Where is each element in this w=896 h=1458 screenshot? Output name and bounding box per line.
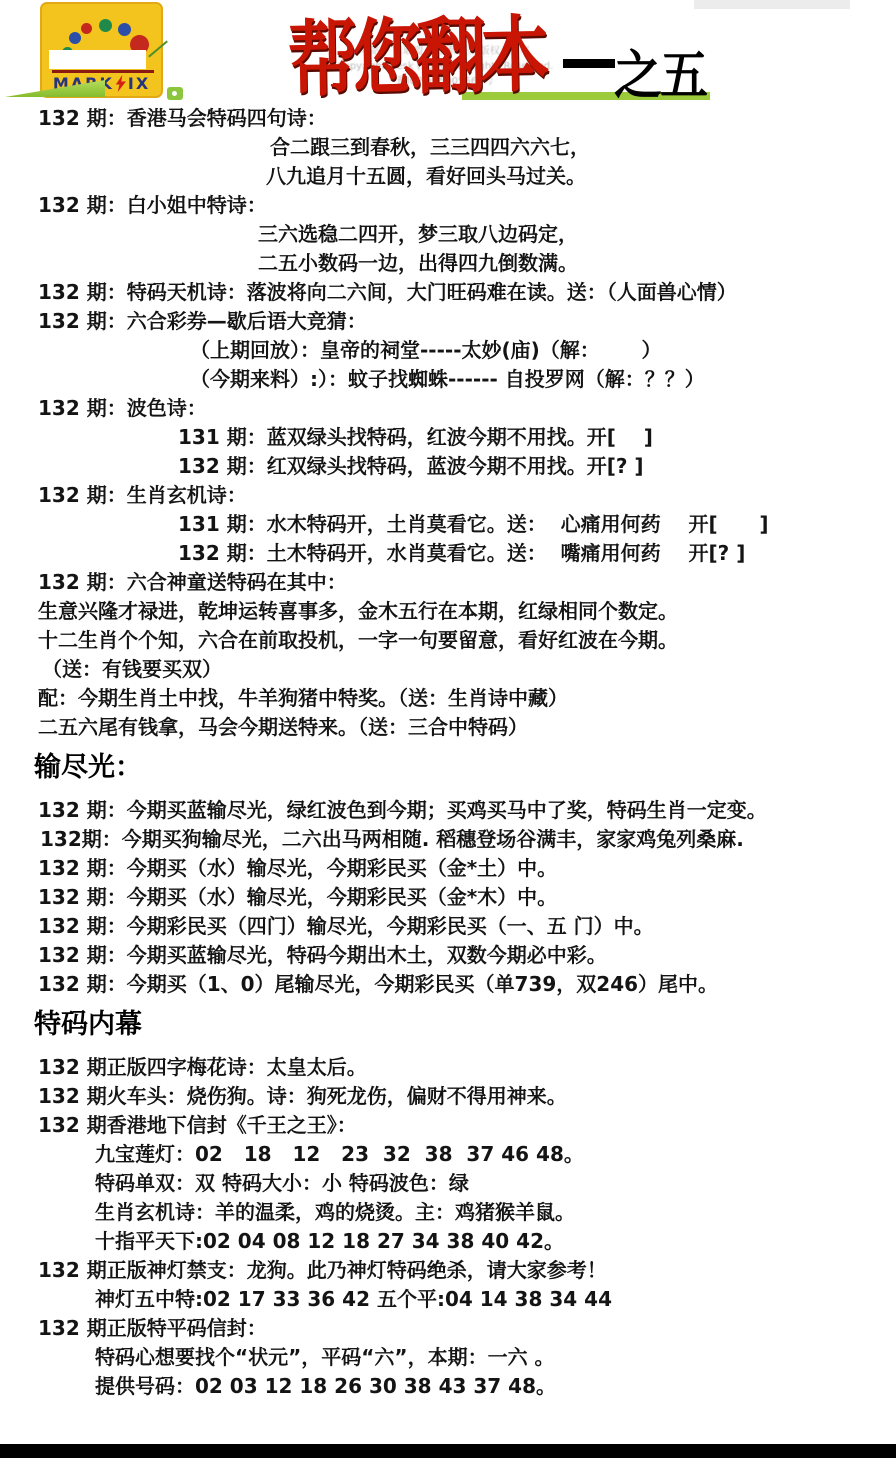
text-line: 生意兴隆才禄进，乾坤运转喜事多，金木五行在本期，红绿相同个数定。	[0, 597, 896, 626]
text-line: 生肖玄机诗：羊的温柔，鸡的烧烫。主：鸡猪猴羊鼠。	[0, 1198, 896, 1227]
text-line: 132 期：今期买（1、0）尾输尽光，今期彩民买（单739，双246）尾中。	[0, 970, 896, 999]
text-line: 132 期：今期买（水）输尽光，今期彩民买（金*土）中。	[0, 854, 896, 883]
text-line: 132 期：六合神童送特码在其中：	[0, 568, 896, 597]
text-line: 132 期：波色诗：	[0, 394, 896, 423]
text-line: 三六选稳二四开，梦三取八边码定，	[0, 220, 896, 249]
text-line: 132 期：土木特码开，水肖莫看它。送： 嘴痛用何药 开[? ]	[0, 539, 896, 568]
text-line: 132期：今期买狗输尽光，二六出马两相随. 稻穗登场谷满丰，家家鸡兔列桑麻.	[0, 825, 896, 854]
text-line: 132 期：特码天机诗：落波将向二六间，大门旺码难在读。送：（人面兽心情）	[0, 278, 896, 307]
text-line: 132 期：白小姐中特诗：	[0, 191, 896, 220]
text-line: 132 期：今期买蓝输尽光，特码今期出木土，双数今期必中彩。	[0, 941, 896, 970]
text-line: 131 期：蓝双绿头找特码，红波今期不用找。开[ ]	[0, 423, 896, 452]
text-line: 特码心想要找个“状元”，平码“六”，本期：一六 。	[0, 1343, 896, 1372]
section-heading: 输尽光：	[0, 750, 896, 786]
text-line: 132 期正版神灯禁支：龙狗。此乃神灯特码绝杀，请大家参考！	[0, 1256, 896, 1285]
text-line: 132 期：六合彩券—歇后语大竞猜：	[0, 307, 896, 336]
text-line: 八九追月十五圆，看好回头马过关。	[0, 162, 896, 191]
title-suffix: 之五	[614, 33, 706, 109]
text-line: 合二跟三到春秋，三三四四六六七，	[0, 133, 896, 162]
content-lines: 132 期：香港马会特码四句诗：合二跟三到春秋，三三四四六六七，八九追月十五圆，…	[0, 0, 896, 1401]
text-line: 131 期：水木特码开，土肖莫看它。送： 心痛用何药 开[ ]	[0, 510, 896, 539]
text-line: （送：有钱要买双）	[0, 655, 896, 684]
text-line: 十指平天下:02 04 08 12 18 27 34 38 40 42。	[0, 1227, 896, 1256]
text-line: 132 期：今期彩民买（四门）输尽光，今期彩民买（一、五 门）中。	[0, 912, 896, 941]
section-heading: 特码内幕	[0, 1007, 896, 1043]
title-dash	[563, 59, 615, 68]
text-line: 132 期：生肖玄机诗：	[0, 481, 896, 510]
text-line: 132 期：今期买蓝输尽光，绿红波色到今期；买鸡买马中了奖，特码生肖一定变。	[0, 796, 896, 825]
text-line: 二五小数码一边，出得四九倒数满。	[0, 249, 896, 278]
lottery-tipsheet-page: MARKIX 本站 广告联盟 诚信系统类 版权北京率 Copyright Des…	[0, 0, 896, 1458]
text-line: 十二生肖个个知，六合在前取投机，一字一句要留意，看好红波在今期。	[0, 626, 896, 655]
text-line: 特码单双：双 特码大小：小 特码波色：绿	[0, 1169, 896, 1198]
text-line: （今期来料）:）：蚊子找蜘蛛------ 自投罗网（解：？？）	[0, 365, 896, 394]
text-line: 九宝莲灯：02 18 12 23 32 38 37 46 48。	[0, 1140, 896, 1169]
text-line: 提供号码：02 03 12 18 26 30 38 43 37 48。	[0, 1372, 896, 1401]
text-line: （上期回放）：皇帝的祠堂-----太妙(庙)（解： ）	[0, 336, 896, 365]
text-line: 二五六尾有钱拿，马会今期送特来。（送：三合中特码）	[0, 713, 896, 742]
text-line: 132 期：今期买（水）输尽光，今期彩民买（金*木）中。	[0, 883, 896, 912]
text-line: 神灯五中特:02 17 33 36 42 五个平:04 14 38 34 44	[0, 1285, 896, 1314]
text-line: 132 期火车头：烧伤狗。诗：狗死龙伤，偏财不得用神来。	[0, 1082, 896, 1111]
masthead-title: 帮您翻本	[287, 0, 545, 113]
text-line: 132 期正版四字梅花诗：太皇太后。	[0, 1053, 896, 1082]
bottom-black-bar	[0, 1444, 896, 1458]
text-line: 配：今期生肖土中找，牛羊狗猪中特奖。（送：生肖诗中藏）	[0, 684, 896, 713]
text-line: 132 期正版特平码信封：	[0, 1314, 896, 1343]
text-line: 132 期香港地下信封《千王之王》：	[0, 1111, 896, 1140]
text-line: 132 期：红双绿头找特码，蓝波今期不用找。开[? ]	[0, 452, 896, 481]
